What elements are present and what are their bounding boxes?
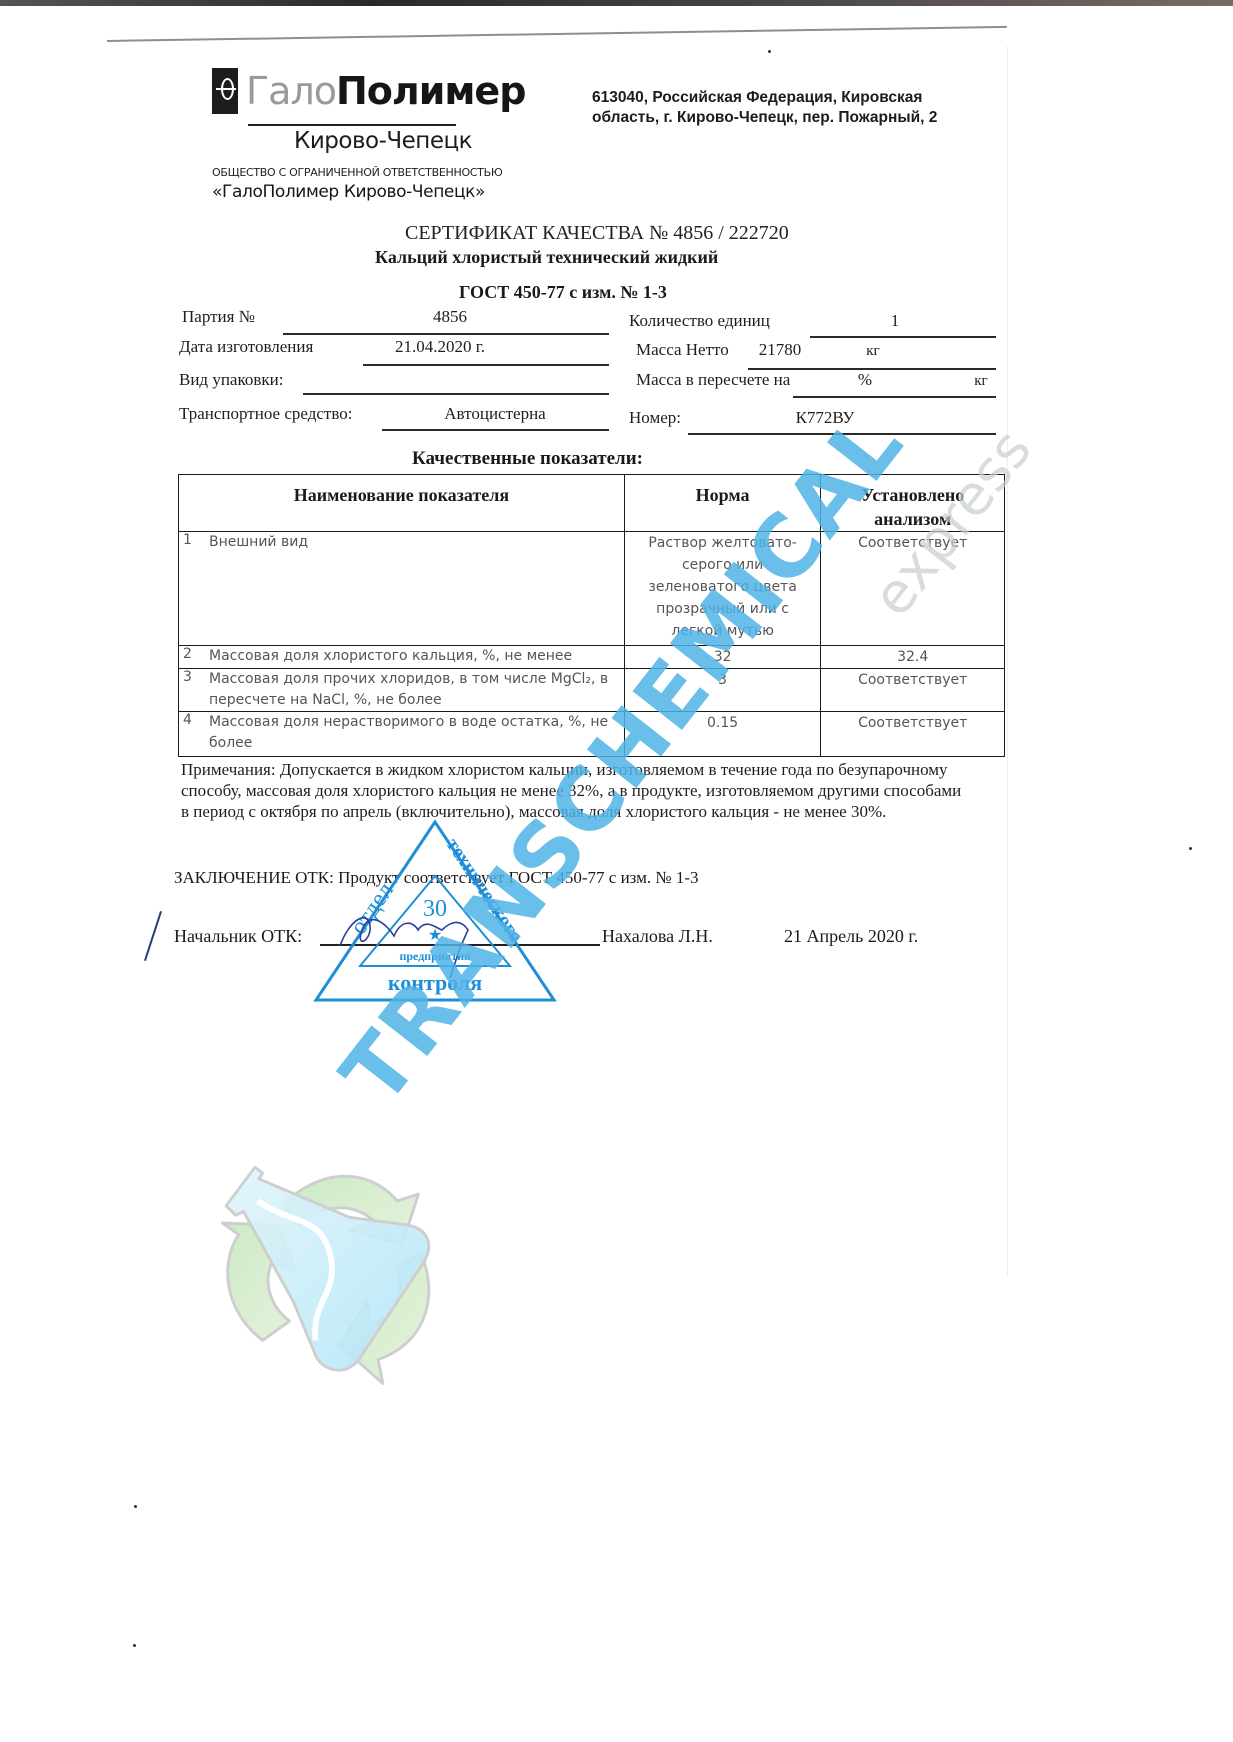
date-value: 21.04.2020 г. <box>380 337 500 357</box>
legal-form: ОБЩЕСТВО С ОГРАНИЧЕННОЙ ОТВЕТСТВЕННОСТЬЮ <box>212 166 502 179</box>
star-icon: ★ <box>428 925 442 944</box>
quality-table: Наименование показателя Норма Установлен… <box>178 474 1005 757</box>
units-value: 1 <box>870 311 920 331</box>
table-row: 3Массовая доля прочих хлоридов, в том чи… <box>179 669 1005 712</box>
legal-name: «ГалоПолимер Кирово-Чепецк» <box>212 182 485 202</box>
svg-text:предприятия: предприятия <box>399 949 471 963</box>
transport-underline <box>382 429 609 431</box>
net-mass-label: Масса Нетто <box>636 340 729 360</box>
notes: Примечания: Допускается в жидком хлорист… <box>181 759 971 822</box>
net-mass-unit: кг <box>858 343 888 360</box>
col-header-name: Наименование показателя <box>179 475 625 532</box>
logo-mark-icon <box>212 68 238 114</box>
transport-value: Автоцистерна <box>420 404 570 424</box>
table-row: 1Внешний вид Раствор желтовато-серого ил… <box>179 532 1005 646</box>
signature-label: Начальник ОТК: <box>174 926 302 947</box>
converted-mass-label: Масса в пересчете на <box>636 370 790 390</box>
packaging-label: Вид упаковки: <box>179 370 283 390</box>
transport-label: Транспортное средство: <box>179 404 352 424</box>
col-header-norm: Норма <box>624 475 821 532</box>
logo-wordmark: ГалоПолимер <box>246 68 525 114</box>
page-edge <box>1007 46 1008 1276</box>
qc-stamp: отдел технического 30 ★ предприятия конт… <box>310 818 560 1008</box>
converted-mass-unit: кг <box>966 373 996 390</box>
number-underline <box>688 433 996 435</box>
signature-date: 21 Апрель 2020 г. <box>784 926 918 947</box>
batch-label: Партия № <box>182 307 255 327</box>
svg-text:контроля: контроля <box>388 970 482 995</box>
company-address: 613040, Российская Федерация, Кировская … <box>592 88 937 128</box>
recycle-flask-logo <box>205 1148 455 1398</box>
table-row: 4Массовая доля нерастворимого в воде ост… <box>179 712 1005 757</box>
signatory-name: Нахалова Л.Н. <box>602 926 713 947</box>
converted-mass-underline <box>793 396 996 398</box>
logo-divider <box>248 124 456 126</box>
date-underline <box>363 364 609 366</box>
logo-city: Кирово-Чепецк <box>294 128 472 154</box>
svg-text:технического: технического <box>442 834 527 946</box>
table-row: 2Массовая доля хлористого кальция, %, не… <box>179 646 1005 669</box>
net-mass-value: 21780 <box>745 340 815 360</box>
scan-speck <box>134 1505 137 1508</box>
certificate-title: СЕРТИФИКАТ КАЧЕСТВА № 4856 / 222720 <box>405 222 789 245</box>
scan-speck <box>768 50 771 53</box>
batch-underline <box>283 333 609 335</box>
svg-text:30: 30 <box>423 896 447 922</box>
scan-speck <box>133 1644 136 1647</box>
scan-speck <box>1189 847 1192 850</box>
standard: ГОСТ 450-77 с изм. № 1-3 <box>459 282 667 303</box>
product-name: Кальций хлористый технический жидкий <box>375 247 718 268</box>
number-label: Номер: <box>629 408 681 428</box>
scan-line <box>107 26 1007 42</box>
units-label: Количество единиц <box>629 311 770 331</box>
number-value: К772ВУ <box>770 408 880 428</box>
batch-value: 4856 <box>400 307 500 327</box>
packaging-underline <box>303 393 609 395</box>
date-label: Дата изготовления <box>179 337 313 357</box>
col-header-result: Установлено анализом <box>821 475 1005 532</box>
units-underline <box>810 336 996 338</box>
converted-mass-percent: % <box>850 370 880 390</box>
quality-heading: Качественные показатели: <box>412 448 643 470</box>
